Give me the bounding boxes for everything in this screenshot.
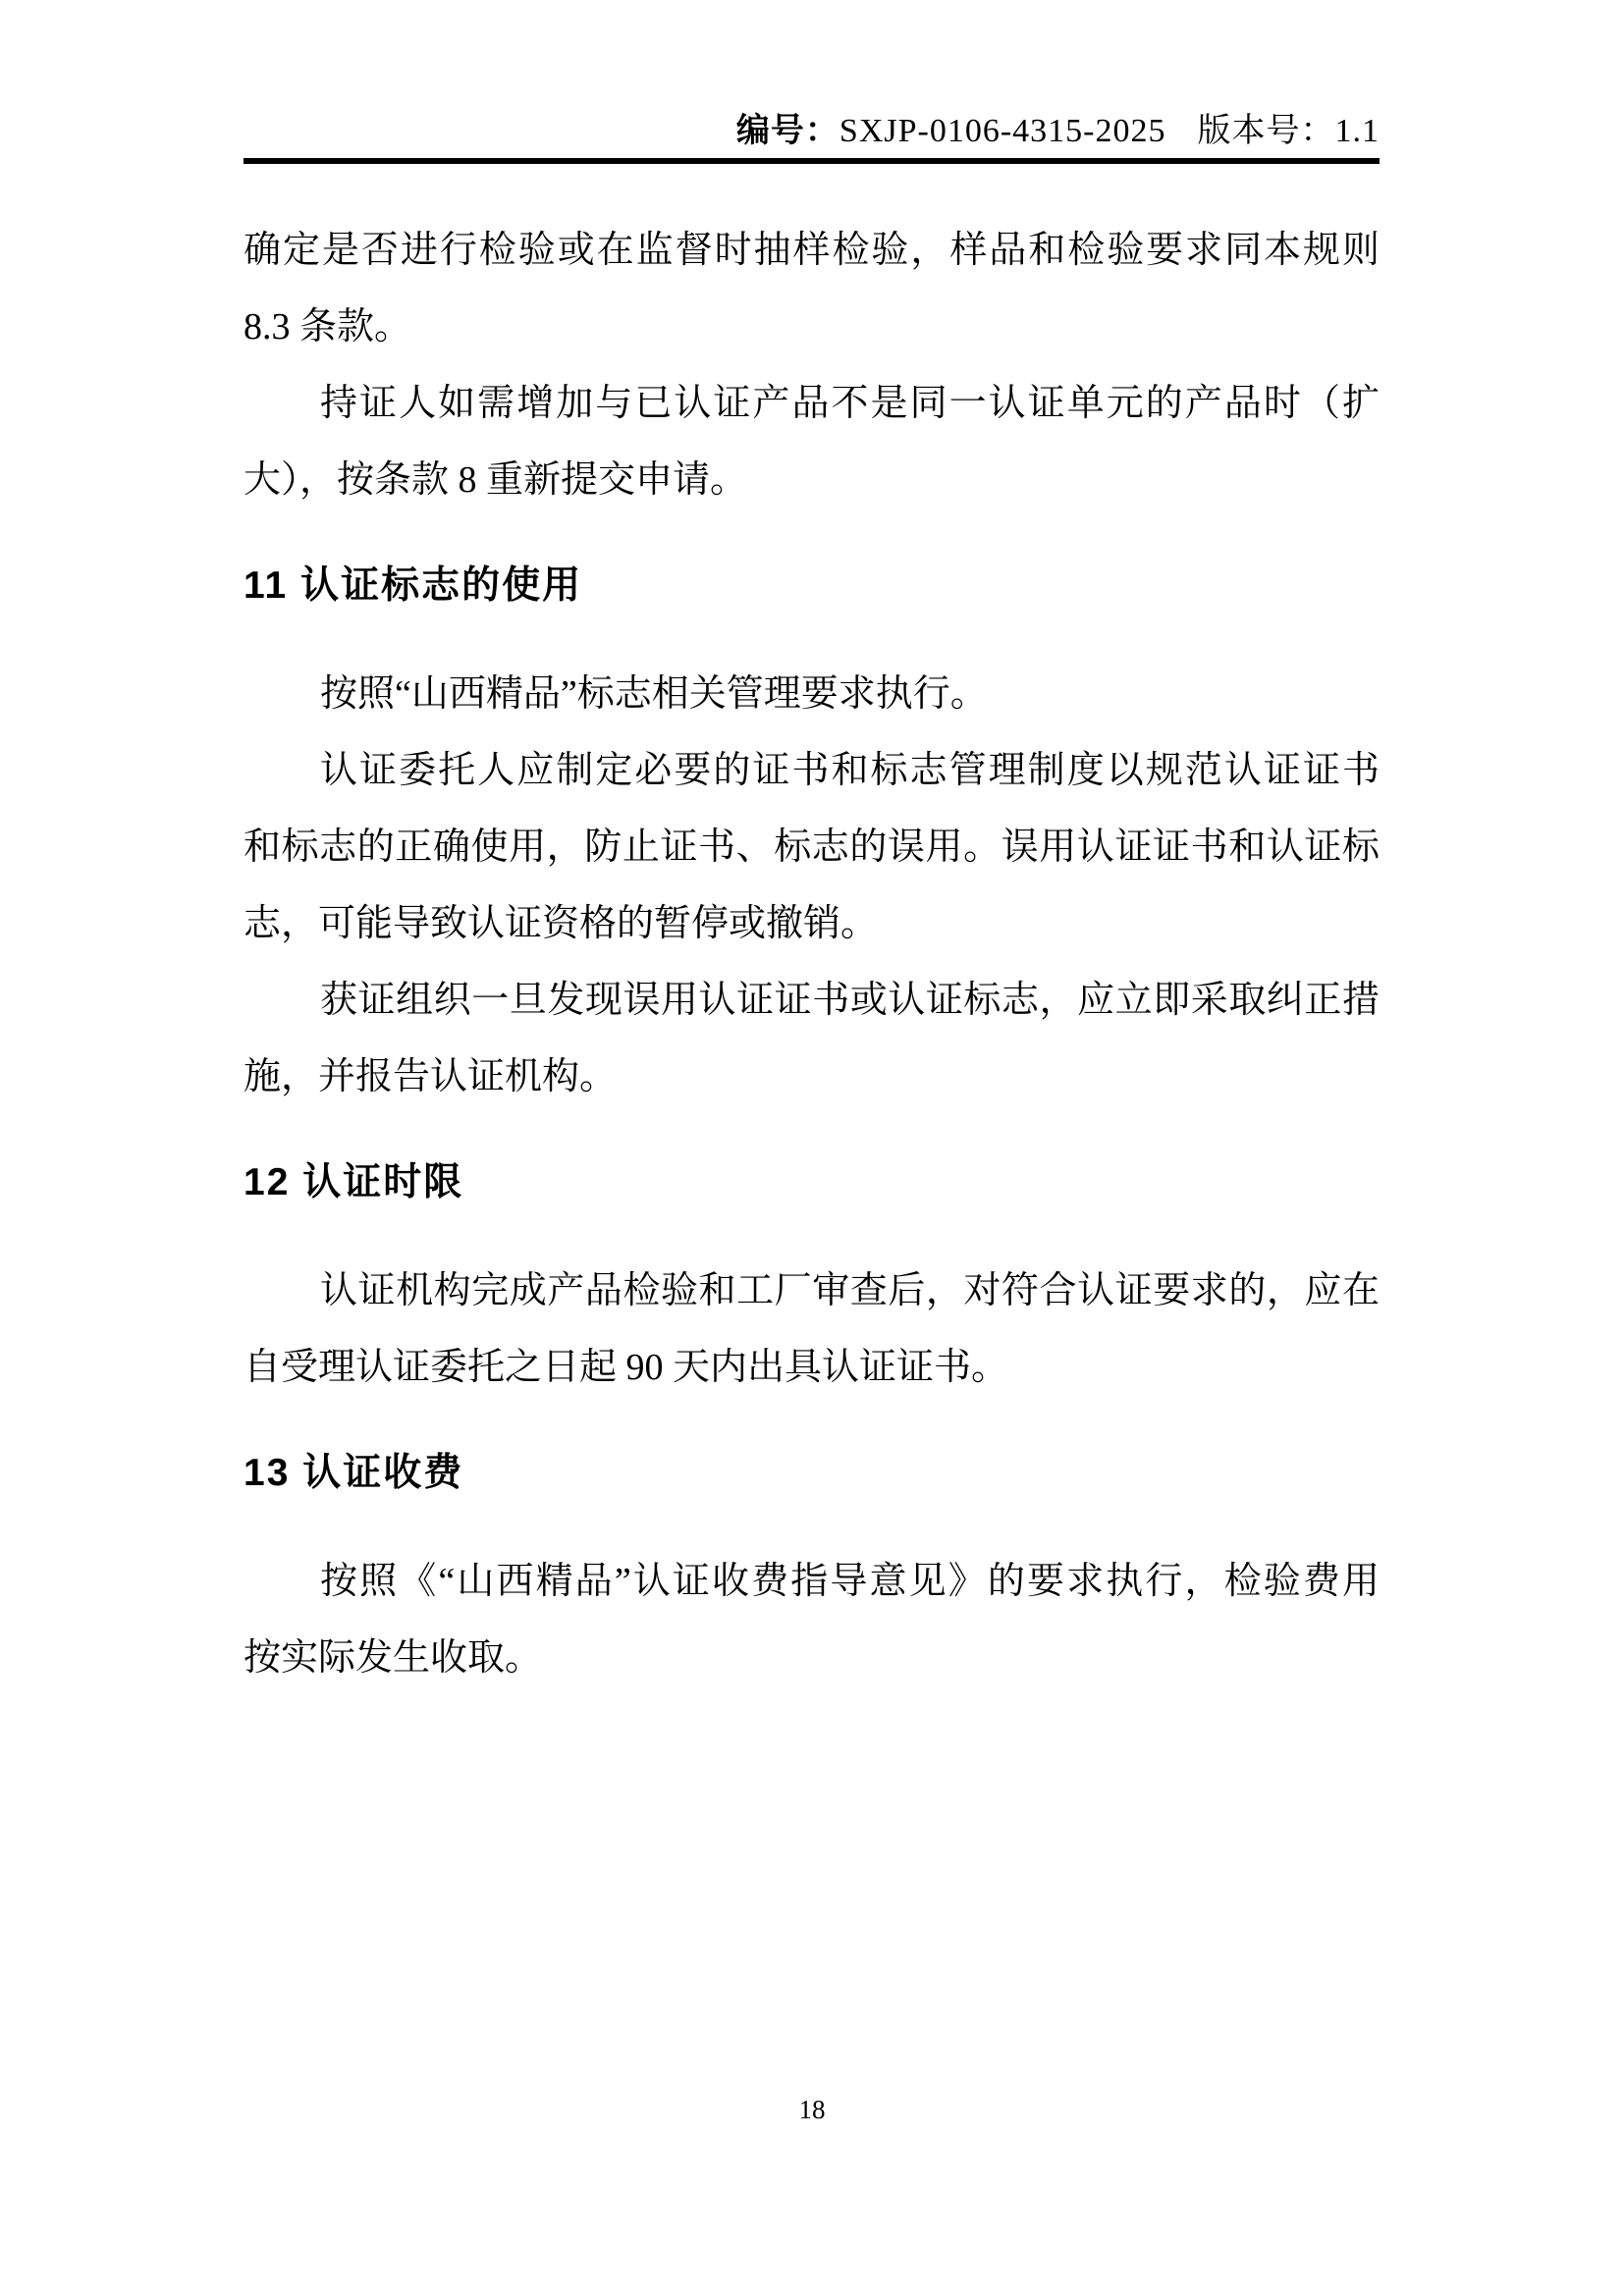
paragraph-line: 和标志的正确使用，防止证书、标志的误用。误用认证证书和认证标 [244,809,1380,885]
paragraph-line: 大），按条款 8 重新提交申请。 [244,442,1380,518]
paragraph: 获证组织一旦发现误用认证证书或认证标志，应立即采取纠正措施，并报告认证机构。 [244,962,1380,1115]
paragraph-line: 确定是否进行检验或在监督时抽样检验，样品和检验要求同本规则 [244,212,1380,289]
paragraph-line: 认证委托人应制定必要的证书和标志管理制度以规范认证证书 [244,732,1380,809]
paragraph-line: 持证人如需增加与已认证产品不是同一认证单元的产品时（扩 [244,365,1380,442]
header-divider [244,158,1380,164]
document-page: 编号：SXJP-0106-4315-2025版本号：1.1 确定是否进行检验或在… [0,0,1624,2296]
paragraph: 确定是否进行检验或在监督时抽样检验，样品和检验要求同本规则8.3 条款。 [244,212,1380,365]
section-heading: 13 认证收费 [244,1435,1380,1512]
paragraph: 认证机构完成产品检验和工厂审查后，对符合认证要求的，应在自受理认证委托之日起 9… [244,1253,1380,1406]
paragraph: 按照《“山西精品”认证收费指导意见》的要求执行，检验费用按实际发生收取。 [244,1543,1380,1696]
paragraph-line: 获证组织一旦发现误用认证证书或认证标志，应立即采取纠正措 [244,962,1380,1039]
paragraph-line: 按实际发生收取。 [244,1620,1380,1696]
version-label: 版本号： [1198,113,1335,149]
paragraph-line: 按照《“山西精品”认证收费指导意见》的要求执行，检验费用 [244,1543,1380,1620]
document-header: 编号：SXJP-0106-4315-2025版本号：1.1 [244,110,1380,152]
version-value: 1.1 [1335,113,1380,149]
paragraph-line: 认证机构完成产品检验和工厂审查后，对符合认证要求的，应在 [244,1253,1380,1329]
paragraph-line: 施，并报告认证机构。 [244,1039,1380,1115]
paragraph: 按照“山西精品”标志相关管理要求执行。 [244,656,1380,732]
paragraph-line: 按照“山西精品”标志相关管理要求执行。 [244,656,1380,732]
paragraph-line: 8.3 条款。 [244,289,1380,365]
paragraph-line: 志，可能导致认证资格的暂停或撤销。 [244,885,1380,962]
page-footer: 18 [0,2093,1624,2126]
paragraph: 持证人如需增加与已认证产品不是同一认证单元的产品时（扩大），按条款 8 重新提交… [244,365,1380,518]
doc-number-label: 编号： [736,112,839,149]
page-content: 编号：SXJP-0106-4315-2025版本号：1.1 确定是否进行检验或在… [244,0,1380,1696]
page-number: 18 [799,2095,826,2124]
paragraph: 认证委托人应制定必要的证书和标志管理制度以规范认证证书和标志的正确使用，防止证书… [244,732,1380,962]
section-heading: 12 认证时限 [244,1145,1380,1221]
doc-number-value: SXJP-0106-4315-2025 [839,113,1166,149]
paragraph-line: 自受理认证委托之日起 90 天内出具认证证书。 [244,1329,1380,1406]
document-body: 确定是否进行检验或在监督时抽样检验，样品和检验要求同本规则8.3 条款。持证人如… [244,212,1380,1696]
section-heading: 11 认证标志的使用 [244,548,1380,624]
